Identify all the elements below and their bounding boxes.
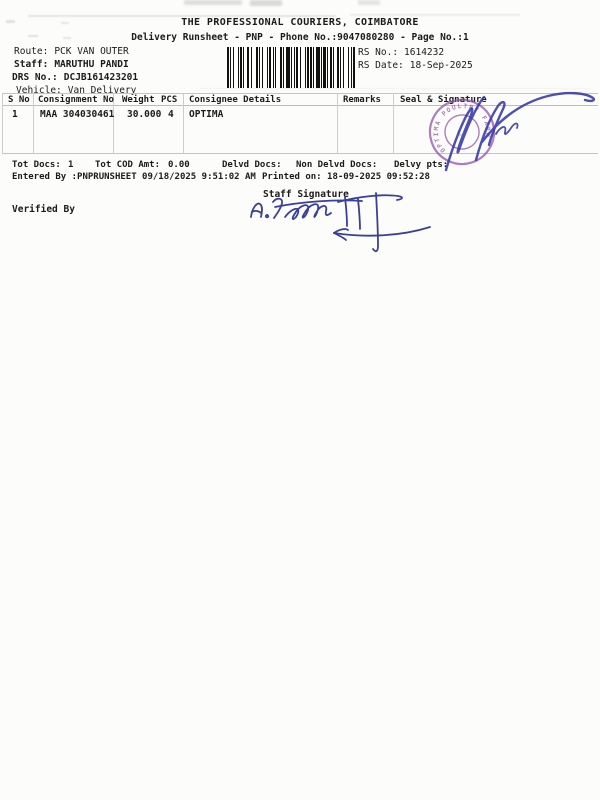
drs-label: DRS No.:: [12, 72, 58, 83]
staff-signature: [230, 186, 440, 258]
runsheet-page: THE PROFESSIONAL COURIERS, COIMBATORE De…: [0, 0, 600, 800]
entered-by: Entered By :PNPRUNSHEET 09/18/2025 9:51:…: [12, 172, 256, 183]
route-value: PCK VAN OUTER: [54, 46, 128, 57]
rs-date-line: RS Date:18-Sep-2025: [358, 60, 473, 71]
scan-artifact: [350, 14, 520, 16]
drs-value: DCJB161423201: [64, 72, 138, 83]
printed-on: Printed on: 18-09-2025 09:52:28: [262, 172, 430, 183]
rs-date-label: RS Date:: [358, 60, 404, 71]
tot-docs-value: 1: [68, 160, 73, 171]
rs-no-label: RS No.:: [358, 47, 398, 58]
seal-signature: [420, 84, 600, 184]
staff-line: Staff:MARUTHU PANDI: [14, 59, 129, 70]
document-title: Delivery Runsheet - PNP - Phone No.:9047…: [0, 32, 600, 43]
drs-line: DRS No.:DCJB161423201: [12, 72, 138, 83]
rs-barcode: [227, 47, 355, 88]
rs-no-value: 1614232: [404, 47, 444, 58]
verified-by-label: Verified By: [12, 204, 75, 215]
staff-label: Staff:: [14, 59, 48, 70]
scan-artifact: [250, 0, 282, 6]
column-header-consignee: Consignee Details: [189, 95, 281, 106]
column-header-weight: Weight: [122, 95, 155, 106]
route-line: Route:PCK VAN OUTER: [14, 46, 129, 57]
table-border: [393, 93, 394, 153]
column-header-consignment: Consignment No: [38, 95, 114, 106]
rs-date-value: 18-Sep-2025: [410, 60, 473, 71]
table-border: [337, 93, 338, 153]
column-header-pcs: PCS: [161, 95, 177, 106]
tot-docs-label: Tot Docs:: [12, 160, 61, 171]
tot-cod-label: Tot COD Amt:: [95, 160, 160, 171]
cell-weight: 30.000: [127, 109, 161, 120]
staff-value: MARUTHU PANDI: [54, 59, 128, 70]
cell-sno: 1: [12, 109, 18, 120]
tot-cod-value: 0.00: [168, 160, 190, 171]
table-border: [33, 93, 34, 153]
route-label: Route:: [14, 46, 48, 57]
cell-consignment-no: MAA 304030461: [40, 109, 114, 120]
column-header-remarks: Remarks: [343, 95, 381, 106]
table-border: [183, 93, 184, 153]
delvd-docs-label: Delvd Docs:: [222, 160, 282, 171]
column-header-sno: S No: [8, 95, 30, 106]
cell-pcs: 4: [168, 109, 174, 120]
cell-consignee: OPTIMA: [189, 109, 223, 120]
table-border: [2, 93, 3, 153]
scan-artifact: [184, 0, 242, 5]
non-delvd-docs-label: Non Delvd Docs:: [296, 160, 377, 171]
rs-no-line: RS No.:1614232: [358, 47, 444, 58]
company-title: THE PROFESSIONAL COURIERS, COIMBATORE: [0, 17, 600, 29]
scan-artifact: [358, 0, 380, 5]
